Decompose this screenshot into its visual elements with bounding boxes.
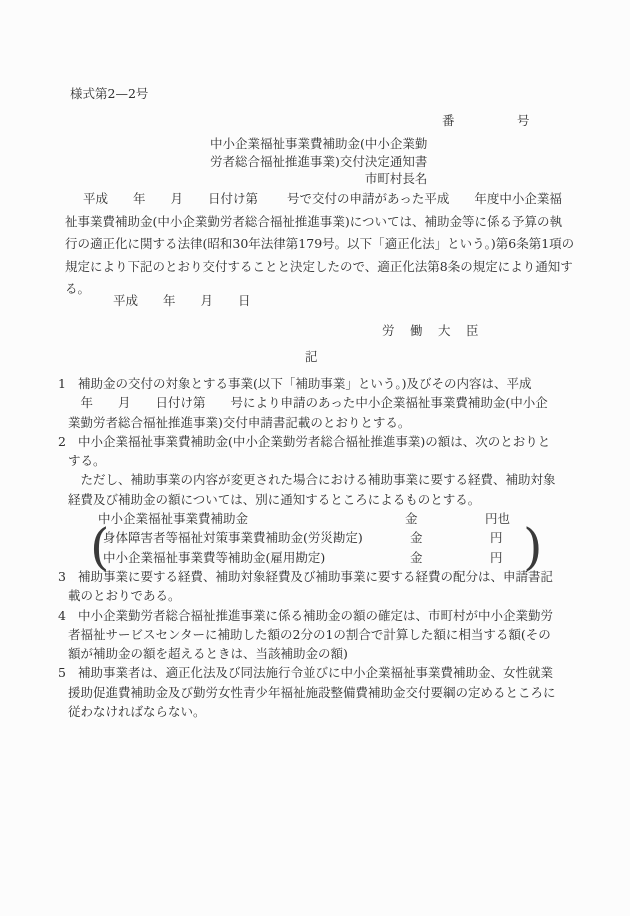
items-list: 1 補助金の交付の対象とする事業(以下「補助事業」という。)及びその内容は、平成… (47, 374, 584, 721)
subsidy-main-row: 中小企業福祉事業費補助金 金 円也 (98, 509, 584, 528)
intro-paragraph: 平成 年 月 日付け第 号で交付の申請があった平成 年度中小企業福 祉事業費補助… (65, 188, 589, 301)
list-item-3: 3 補助事業に要する経費、補助対象経費及び補助事業に要する経費の配分は、申請書記… (47, 567, 584, 606)
item-number: 1 (58, 374, 66, 393)
subsidy-amounts: 中小企業福祉事業費補助金 金 円也 ( ) 身体障害者等福祉対策事業費補助金(労… (68, 509, 584, 567)
subsidy-breakdown: ( ) 身体障害者等福祉対策事業費補助金(労災勘定) 金 円 中小企業福祉事業費… (103, 528, 584, 567)
amount-kin: 金 (410, 528, 490, 547)
list-item-2: 2 中小企業福祉事業費補助金(中小企業勤労者総合福祉推進事業)の額は、次のとおり… (47, 432, 584, 567)
item-text: 補助金の交付の対象とする事業(以下「補助事業」という。)及びその内容は、平成 年… (68, 374, 584, 432)
subsidy-label: 中小企業福祉事業費等補助金(雇用勘定) (103, 548, 410, 567)
left-bracket: ( (90, 527, 110, 567)
item-text: 補助事業者は、適正化法及び同法施行令並びに中小企業福祉事業費補助金、女性就業 援… (68, 663, 584, 721)
item-number: 2 (58, 432, 66, 451)
title-block: 中小企業福祉事業費補助金(中小企業勤 労者総合福祉推進事業)交付決定通知書 市町… (210, 135, 427, 188)
date-line: 平成 年 月 日 (113, 291, 251, 310)
amount-kin: 金 (410, 548, 490, 567)
subsidy-sub-row: 身体障害者等福祉対策事業費補助金(労災勘定) 金 円 (103, 528, 584, 547)
document-page: 様式第2—2号 番 号 中小企業福祉事業費補助金(中小企業勤 労者総合福祉推進事… (0, 0, 630, 916)
item-text: 中小企業福祉事業費補助金(中小企業勤労者総合福祉推進事業)の額は、次のとおりと … (68, 432, 584, 509)
doc-title-line2: 労者総合福祉推進事業)交付決定通知書 (210, 153, 427, 171)
minister-signature: 労 働 大 臣 (382, 321, 480, 340)
doc-title-line1: 中小企業福祉事業費補助金(中小企業勤 (210, 135, 427, 153)
form-number: 様式第2—2号 (70, 84, 148, 103)
subsidy-label: 中小企業福祉事業費補助金 (98, 509, 405, 528)
item-number: 5 (58, 663, 66, 682)
item-text: 中小企業勤労者総合福祉推進事業に係る補助金の額の確定は、市町村が中小企業勤労 者… (68, 606, 584, 664)
list-item-5: 5 補助事業者は、適正化法及び同法施行令並びに中小企業福祉事業費補助金、女性就業… (47, 663, 584, 721)
subsidy-sub-row: 中小企業福祉事業費等補助金(雇用勘定) 金 円 (103, 548, 584, 567)
item-text: 補助事業に要する経費、補助対象経費及び補助事業に要する経費の配分は、申請書記 載… (68, 567, 584, 606)
list-item-4: 4 中小企業勤労者総合福祉推進事業に係る補助金の額の確定は、市町村が中小企業勤労… (47, 606, 584, 664)
right-bracket: ) (523, 527, 543, 567)
document-number-line: 番 号 (442, 111, 530, 130)
amount-kin: 金 (405, 509, 485, 528)
list-item-1: 1 補助金の交付の対象とする事業(以下「補助事業」という。)及びその内容は、平成… (47, 374, 584, 432)
addressee-mayor-name: 市町村長名 (210, 170, 427, 188)
subsidy-label: 身体障害者等福祉対策事業費補助金(労災勘定) (103, 528, 410, 547)
item-number: 3 (58, 567, 66, 586)
item-number: 4 (58, 606, 66, 625)
ki-heading: 記 (305, 347, 318, 366)
